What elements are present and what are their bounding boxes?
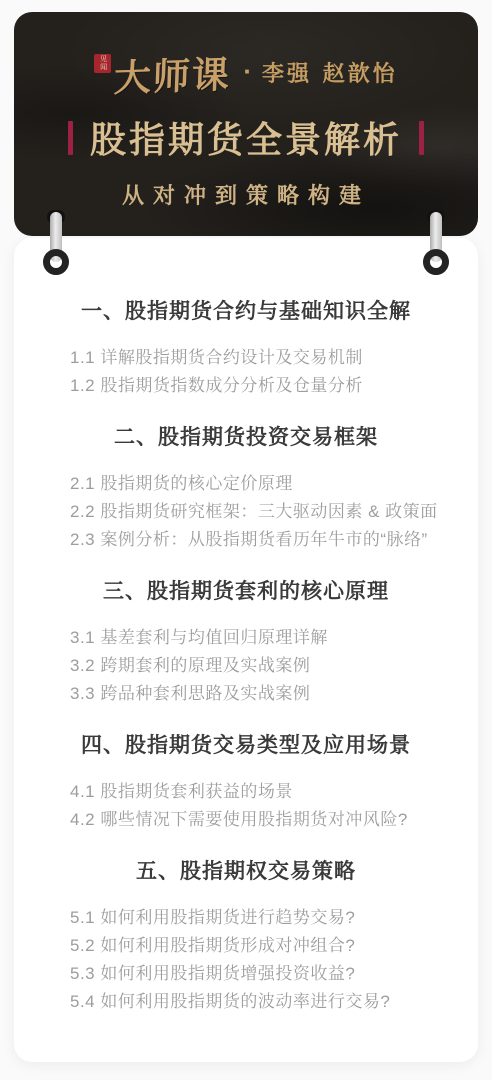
masterclass-logo: 大师课 (113, 44, 232, 102)
brand-seal-icon: 见闻 (94, 54, 111, 73)
ring-loop-icon (43, 249, 69, 275)
outline-item: 5.1 如何利用股指期货进行趋势交易? (70, 904, 478, 932)
outline-card: 一、股指期货合约与基础知识全解1.1 详解股指期货合约设计及交易机制1.2 股指… (14, 238, 478, 1062)
outline-item: 5.3 如何利用股指期货增强投资收益? (70, 960, 478, 988)
outline-section-4: 四、股指期货交易类型及应用场景4.1 股指期货套利获益的场景4.2 哪些情况下需… (14, 730, 478, 834)
section-item-list: 4.1 股指期货套利获益的场景4.2 哪些情况下需要使用股指期货对冲风险? (14, 778, 478, 834)
outline-item: 3.2 跨期套利的原理及实战案例 (70, 652, 478, 680)
section-item-list: 1.1 详解股指期货合约设计及交易机制1.2 股指期货指数成分分析及仓量分析 (14, 344, 478, 400)
outline-item: 5.4 如何利用股指期货的波动率进行交易? (70, 988, 478, 1016)
outline-item: 1.1 详解股指期货合约设计及交易机制 (70, 344, 478, 372)
outline-item: 2.1 股指期货的核心定价原理 (70, 470, 478, 498)
instructor-names: 李强 赵歆怡 (262, 57, 398, 88)
outline-section-3: 三、股指期货套利的核心原理3.1 基差套利与均值回归原理详解3.2 跨期套利的原… (14, 576, 478, 708)
title-accent-bar-right (419, 121, 424, 155)
course-title: 股指期货全景解析 (90, 112, 402, 163)
section-heading: 三、股指期货套利的核心原理 (14, 576, 478, 608)
outline-item: 3.1 基差套利与均值回归原理详解 (70, 624, 478, 652)
ring-loop-icon (423, 249, 449, 275)
logo-row: 见闻 大师课 · 李强 赵歆怡 (14, 46, 478, 100)
dot-separator: · (243, 56, 252, 87)
outline-item: 1.2 股指期货指数成分分析及仓量分析 (70, 372, 478, 400)
binder-ring-right (420, 206, 456, 278)
outline-item: 4.2 哪些情况下需要使用股指期货对冲风险? (70, 806, 478, 834)
outline-section-2: 二、股指期货投资交易框架2.1 股指期货的核心定价原理2.2 股指期货研究框架：… (14, 422, 478, 554)
outline-item: 4.1 股指期货套利获益的场景 (70, 778, 478, 806)
seal-text: 见闻 (99, 55, 107, 71)
section-item-list: 2.1 股指期货的核心定价原理2.2 股指期货研究框架：三大驱动因素 & 政策面… (14, 470, 478, 554)
section-heading: 一、股指期货合约与基础知识全解 (14, 296, 478, 328)
binder-ring-left (40, 206, 76, 278)
title-accent-bar-left (68, 121, 73, 155)
section-heading: 五、股指期权交易策略 (14, 856, 478, 888)
outline-item: 3.3 跨品种套利思路及实战案例 (70, 680, 478, 708)
header-card: 见闻 大师课 · 李强 赵歆怡 股指期货全景解析 从对冲到策略构建 (14, 12, 478, 236)
section-item-list: 3.1 基差套利与均值回归原理详解3.2 跨期套利的原理及实战案例3.3 跨品种… (14, 624, 478, 708)
title-row: 股指期货全景解析 (14, 112, 478, 163)
outline-item: 5.2 如何利用股指期货形成对冲组合? (70, 932, 478, 960)
outline: 一、股指期货合约与基础知识全解1.1 详解股指期货合约设计及交易机制1.2 股指… (14, 296, 478, 1016)
outline-section-1: 一、股指期货合约与基础知识全解1.1 详解股指期货合约设计及交易机制1.2 股指… (14, 296, 478, 400)
outline-item: 2.2 股指期货研究框架：三大驱动因素 & 政策面 (70, 498, 478, 526)
section-item-list: 5.1 如何利用股指期货进行趋势交易?5.2 如何利用股指期货形成对冲组合?5.… (14, 904, 478, 1016)
outline-item: 2.3 案例分析：从股指期货看历年牛市的“脉络” (70, 526, 478, 554)
section-heading: 四、股指期货交易类型及应用场景 (14, 730, 478, 762)
course-poster: 见闻 大师课 · 李强 赵歆怡 股指期货全景解析 从对冲到策略构建 一、股指期货… (0, 0, 492, 1080)
course-subtitle: 从对冲到策略构建 (14, 179, 478, 210)
section-heading: 二、股指期货投资交易框架 (14, 422, 478, 454)
outline-section-5: 五、股指期权交易策略5.1 如何利用股指期货进行趋势交易?5.2 如何利用股指期… (14, 856, 478, 1016)
